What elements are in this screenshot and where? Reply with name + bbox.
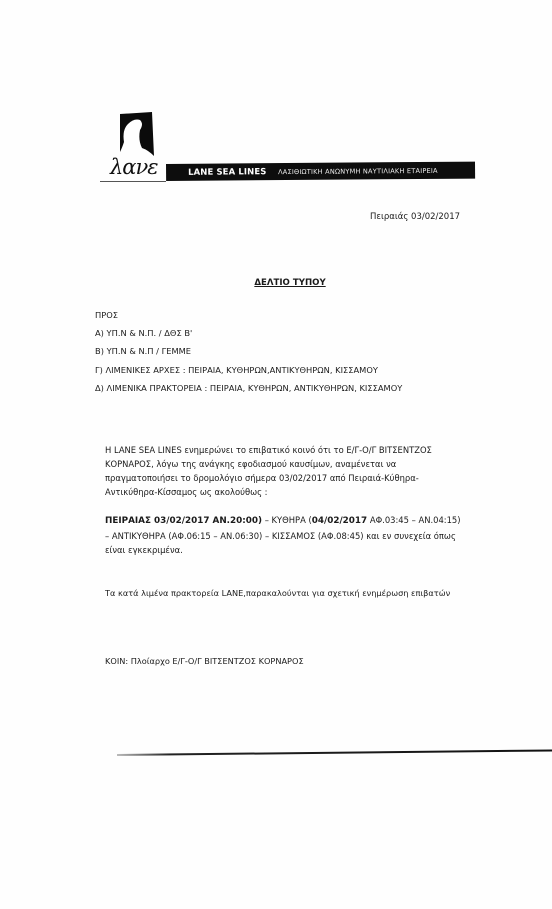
company-logo: λανε	[110, 112, 162, 180]
document-title: ΔΕΛΤΙΟ ΤΥΠΟΥ	[0, 278, 552, 288]
cc-line: ΚΟΙΝ: Πλοίαρχο Ε/Γ-Ο/Γ ΒΙΤΣΕΝΤΖΟΣ ΚΟΡΝΑΡ…	[105, 656, 304, 666]
agencies-notice: Τα κατά λιμένα πρακτορεία LANE,παρακαλού…	[105, 588, 450, 598]
recipients-block: ΠΡΟΣ Α) ΥΠ.Ν & Ν.Π. / ΔΘΣ Β' Β) ΥΠ.Ν & Ν…	[95, 306, 402, 397]
place-date: Πειραιάς 03/02/2017	[370, 212, 460, 222]
lane-sail-icon	[118, 112, 156, 158]
recipient-item: Δ) ΛΙΜΕΝΙΚΑ ΠΡΑΚΤΟΡΕΙΑ : ΠΕΙΡΑΙΑ, ΚΥΘΗΡΩ…	[95, 379, 402, 397]
company-full-name: ΛΑΣΙΘΙΩΤΙΚΗ ΑΝΩΝΥΜΗ ΝΑΥΤΙΛΙΑΚΗ ΕΤΑΙΡΕΙΑ	[278, 166, 438, 175]
recipient-item: Γ) ΛΙΜΕΝΙΚΕΣ ΑΡΧΕΣ : ΠΕΙΡΑΙΑ, ΚΥΘΗΡΩΝ,ΑΝ…	[95, 361, 402, 379]
letterhead-rule	[100, 181, 166, 182]
brand-name: LANE SEA LINES	[188, 167, 268, 178]
kythira-date: 04/02/2017	[312, 516, 367, 526]
schedule-paragraph: ΠΕΙΡΑΙΑΣ 03/02/2017 ΑΝ.20:00) – ΚΥΘΗΡΑ (…	[105, 513, 465, 558]
recipient-item: Α) ΥΠ.Ν & Ν.Π. / ΔΘΣ Β'	[95, 324, 402, 342]
footer-rule	[117, 749, 552, 755]
recipients-heading: ΠΡΟΣ	[95, 306, 402, 324]
recipient-item: Β) ΥΠ.Ν & Ν.Π / ΓΕΜΜΕ	[95, 342, 402, 360]
letterhead-banner: LANE SEA LINES ΛΑΣΙΘΙΩΤΙΚΗ ΑΝΩΝΥΜΗ ΝΑΥΤΙ…	[166, 162, 475, 181]
logo-wordmark: λανε	[110, 156, 158, 178]
kythira-prefix: – ΚΥΘΗΡΑ (	[262, 515, 312, 525]
announcement-body: Η LANE SEA LINES ενημερώνει το επιβατικό…	[105, 443, 460, 499]
departure-piraeus: ΠΕΙΡΑΙΑΣ 03/02/2017 ΑΝ.20:00)	[105, 516, 262, 526]
